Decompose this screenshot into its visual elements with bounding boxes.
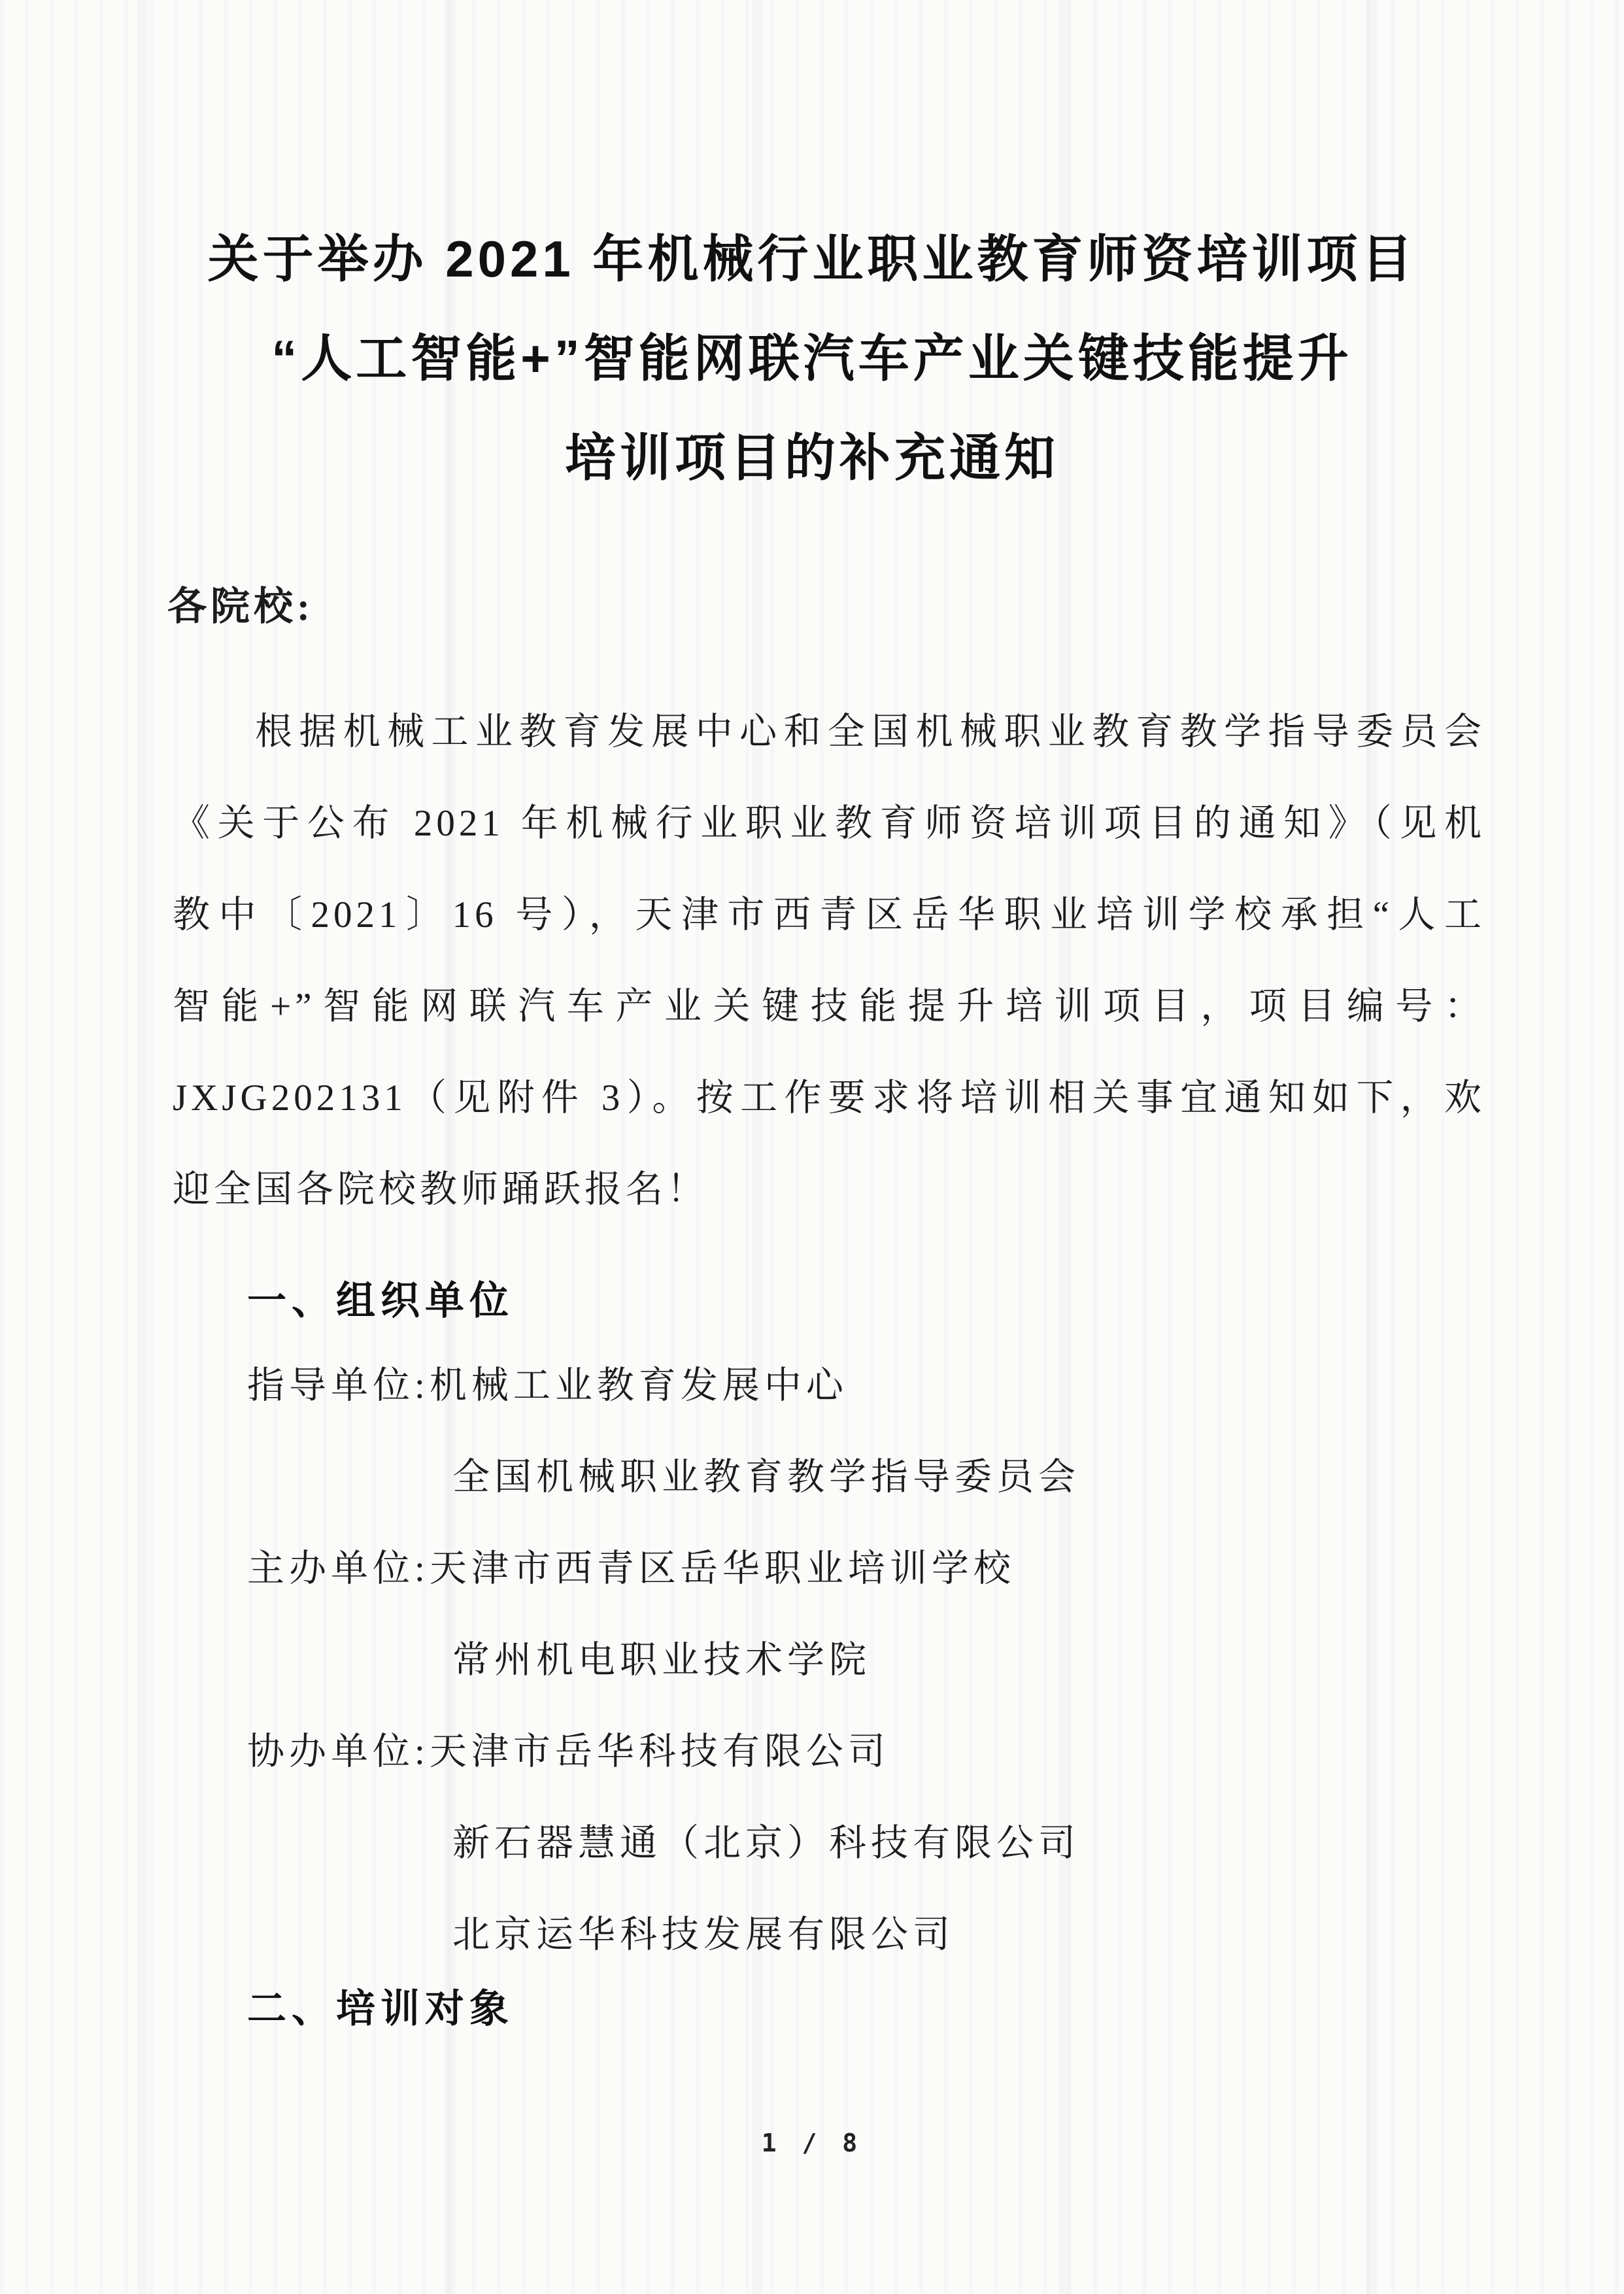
paragraph-line-4: 智能+”智能网联汽车产业关键技能提升培训项目，项目编号： bbox=[173, 961, 1485, 1053]
paragraph-line-6: 迎全国各院校教师踊跃报名！ bbox=[173, 1144, 1485, 1236]
paragraph-line-1: 根据机械工业教育发展中心和全国机械职业教育教学指导委员会 bbox=[173, 686, 1485, 778]
document-page: 关于举办 2021 年机械行业职业教育师资培训项目 “人工智能+”智能网联汽车产… bbox=[0, 0, 1624, 2294]
paragraph-line-5: JXJG202131（见附件 3）。按工作要求将培训相关事宜通知如下，欢 bbox=[173, 1053, 1485, 1144]
salutation: 各院校: bbox=[167, 561, 314, 652]
title-line-3: 培训项目的补充通知 bbox=[0, 408, 1624, 507]
title-line-1: 关于举办 2021 年机械行业职业教育师资培训项目 bbox=[0, 209, 1624, 309]
document-title: 关于举办 2021 年机械行业职业教育师资培训项目 “人工智能+”智能网联汽车产… bbox=[0, 209, 1624, 507]
section-heading-trainees: 二、培训对象 bbox=[247, 1963, 514, 2055]
organizer-line-guiding-unit: 指导单位:机械工业教育发展中心 bbox=[173, 1340, 1485, 1432]
intro-paragraph: 根据机械工业教育发展中心和全国机械职业教育教学指导委员会 《关于公布 2021 … bbox=[173, 686, 1485, 1236]
organizer-line-co-organizer-2: 新石器慧通（北京）科技有限公司 bbox=[173, 1798, 1485, 1889]
title-line-2: “人工智能+”智能网联汽车产业关键技能提升 bbox=[0, 309, 1624, 408]
organizer-line-co-organizer: 协办单位:天津市岳华科技有限公司 bbox=[173, 1706, 1485, 1798]
page-number: 1 / 8 bbox=[0, 2123, 1624, 2163]
section-heading-organizers: 一、组织单位 bbox=[247, 1255, 514, 1347]
organizer-line-host-unit: 主办单位:天津市西青区岳华职业培训学校 bbox=[173, 1523, 1485, 1615]
paragraph-line-3: 教中〔2021〕16 号），天津市西青区岳华职业培训学校承担“人工 bbox=[173, 869, 1485, 961]
organizer-list: 指导单位:机械工业教育发展中心 全国机械职业教育教学指导委员会 主办单位:天津市… bbox=[173, 1340, 1485, 1981]
organizer-line-host-unit-2: 常州机电职业技术学院 bbox=[173, 1615, 1485, 1706]
paragraph-line-2: 《关于公布 2021 年机械行业职业教育师资培训项目的通知》（见机 bbox=[173, 778, 1485, 869]
organizer-line-guiding-unit-2: 全国机械职业教育教学指导委员会 bbox=[173, 1432, 1485, 1523]
